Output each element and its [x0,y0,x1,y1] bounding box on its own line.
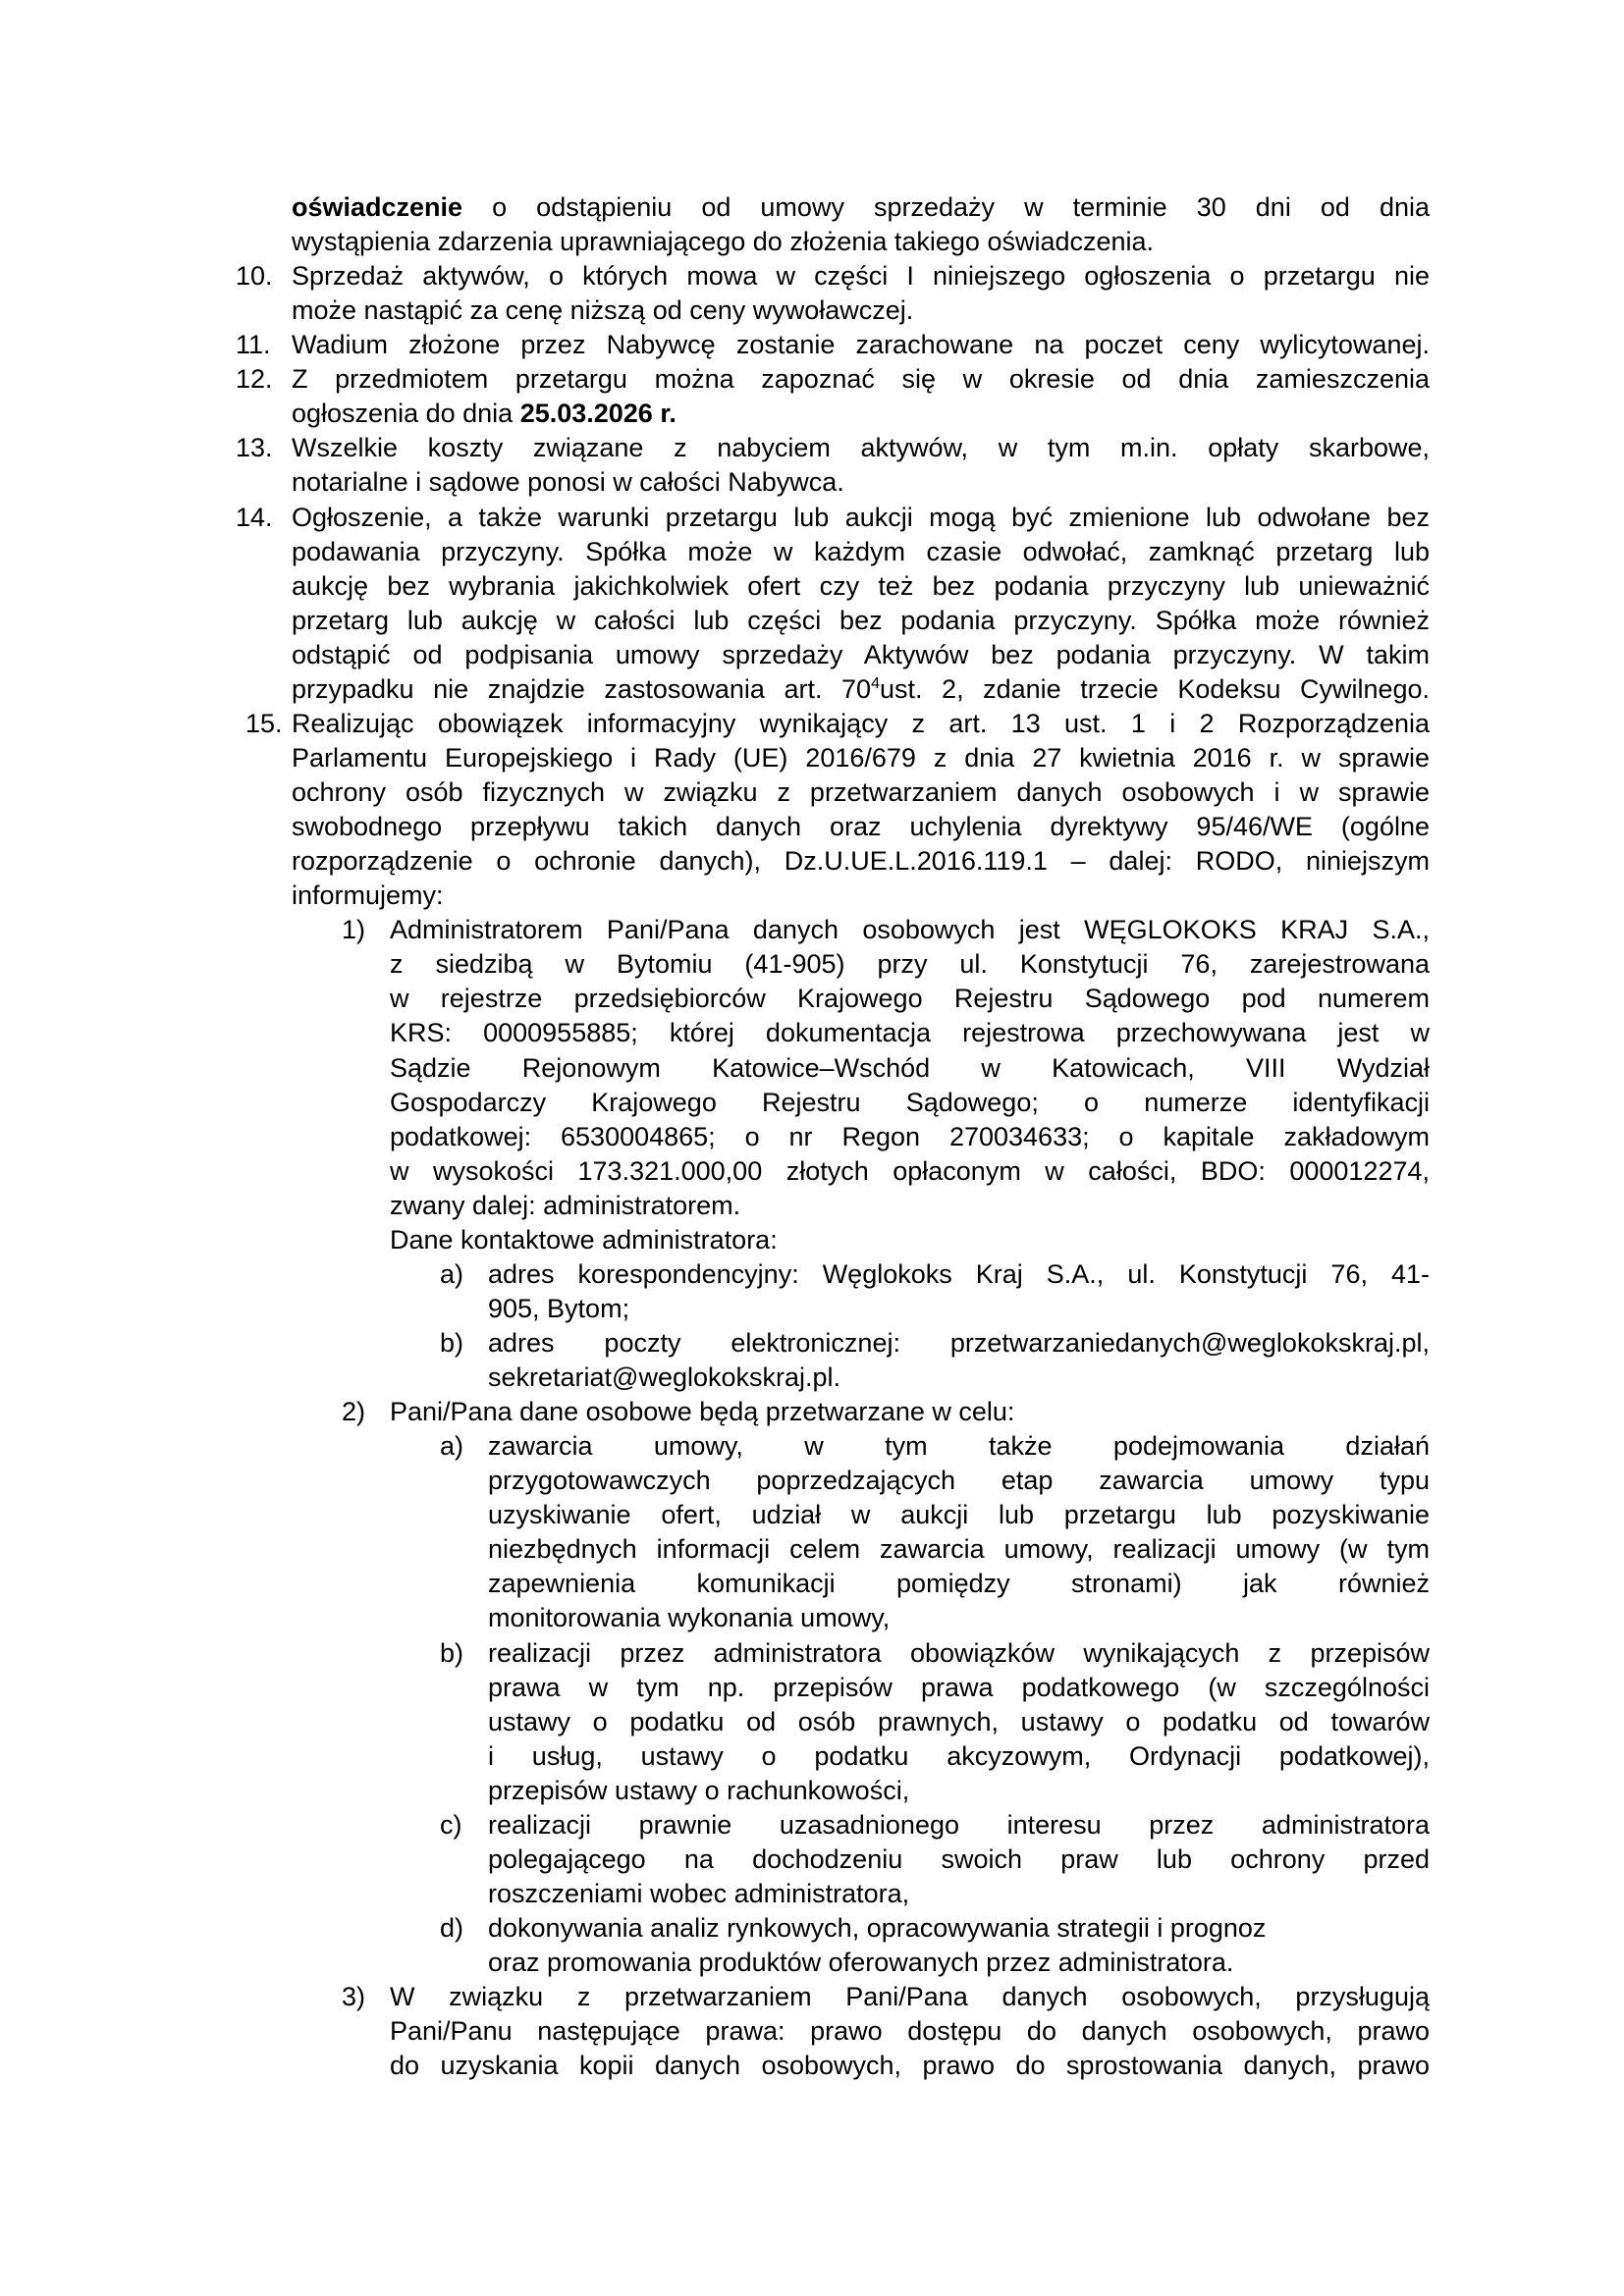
text-segment: polegającego na dochodzeniu swoich praw … [488,1844,1430,1874]
text-line: wystąpienia zdarzenia uprawniającego do … [292,225,1154,259]
text-line: Ogłoszenie, a także warunki przetargu lu… [292,501,1430,535]
text-segment: zapewnienia komunikacji pomiędzy stronam… [488,1569,1430,1598]
text-segment: przepisów ustawy o rachunkowości, [488,1776,909,1805]
text-line: adres poczty elektronicznej: przetwarzan… [488,1326,1430,1361]
bold-text: oświadczenie [292,192,462,222]
text-segment: niezbędnych informacji celem zawarcia um… [488,1534,1430,1564]
text-segment: sekretariat@weglokokskraj.pl. [488,1362,840,1392]
text-segment: przygotowawczych poprzedzających etap za… [488,1466,1430,1495]
text-line: 905, Bytom; [488,1292,629,1326]
text-segment: i usług, ustawy o podatku akcyzowym, Ord… [488,1741,1430,1771]
text-line: ustawy o podatku od osób prawnych, ustaw… [488,1705,1430,1739]
text-segment: w rejestrze przedsiębiorców Krajowego Re… [390,984,1430,1013]
list-marker: 15. [245,707,283,741]
text-segment: Pani/Panu następujące prawa: prawo dostę… [390,2016,1430,2046]
text-line: informujemy: [292,879,444,913]
list-marker: d) [440,1911,463,1946]
text-segment: realizacji prawnie uzasadnionego interes… [488,1810,1430,1840]
list-marker: a) [440,1429,463,1464]
text-line: Wszelkie koszty związane z nabyciem akty… [292,431,1430,465]
list-marker: 1) [342,913,365,947]
text-line: Sądzie Rejonowym Katowice–Wschód w Katow… [390,1051,1430,1086]
text-line: uzyskiwanie ofert, udział w aukcji lub p… [488,1498,1430,1532]
text-line: Dane kontaktowe administratora: [390,1223,778,1257]
text-segment: Administratorem Pani/Pana danych osobowy… [390,915,1430,944]
text-line: w wysokości 173.321.000,00 złotych opłac… [390,1154,1430,1189]
text-line: W związku z przetwarzaniem Pani/Pana dan… [390,1980,1430,2014]
text-segment: 905, Bytom; [488,1294,629,1323]
text-line: roszczeniami wobec administratora, [488,1877,909,1911]
list-marker: 14. [236,501,273,535]
text-line: Wadium złożone przez Nabywcę zostanie za… [292,328,1430,362]
text-line: w rejestrze przedsiębiorców Krajowego Re… [390,982,1430,1016]
text-line: przygotowawczych poprzedzających etap za… [488,1464,1430,1498]
list-marker: b) [440,1326,463,1361]
list-marker: 3) [342,1980,365,2014]
text-line: Pani/Pana dane osobowe będą przetwarzane… [390,1395,1014,1429]
text-line: niezbędnych informacji celem zawarcia um… [488,1532,1430,1567]
text-line: realizacji przez administratora obowiązk… [488,1636,1430,1671]
text-line: Pani/Panu następujące prawa: prawo dostę… [390,2014,1430,2049]
text-segment: Pani/Pana dane osobowe będą przetwarzane… [390,1397,1014,1426]
text-segment: Dane kontaktowe administratora: [390,1225,778,1255]
text-line: Administratorem Pani/Pana danych osobowy… [390,913,1430,947]
superscript: 4 [871,675,880,692]
text-segment: Gospodarczy Krajowego Rejestru Sądowego;… [390,1088,1430,1117]
text-segment: Sądzie Rejonowym Katowice–Wschód w Katow… [390,1053,1430,1083]
text-line: z siedzibą w Bytomiu (41-905) przy ul. K… [390,947,1430,982]
text-line: realizacji prawnie uzasadnionego interes… [488,1808,1430,1842]
text-segment: Realizując obowiązek informacyjny wynika… [292,709,1430,738]
text-segment: swobodnego przepływu takich danych oraz … [292,812,1430,841]
text-segment: Wadium złożone przez Nabywcę zostanie za… [292,330,1430,359]
text-line: podatkowej: 6530004865; o nr Regon 27003… [390,1120,1430,1154]
text-line: do uzyskania kopii danych osobowych, pra… [390,2049,1430,2083]
text-line: odstąpić od podpisania umowy sprzedaży A… [292,638,1430,672]
text-line: i usług, ustawy o podatku akcyzowym, Ord… [488,1739,1430,1774]
list-marker: b) [440,1636,463,1671]
list-marker: 11. [236,328,271,362]
text-segment: z siedzibą w Bytomiu (41-905) przy ul. K… [390,949,1430,979]
text-line: Realizując obowiązek informacyjny wynika… [292,707,1430,741]
text-line: adres korespondencyjny: Węglokoks Kraj S… [488,1257,1430,1292]
text-line: dokonywania analiz rynkowych, opracowywa… [488,1911,1266,1946]
text-segment: zwany dalej: administratorem. [390,1191,740,1220]
list-marker: a) [440,1257,463,1292]
text-segment: podatkowej: 6530004865; o nr Regon 27003… [390,1122,1430,1151]
text-line: notarialne i sądowe ponosi w całości Nab… [292,465,844,500]
text-segment: adres korespondencyjny: Węglokoks Kraj S… [488,1259,1430,1289]
text-segment: ustawy o podatku od osób prawnych, ustaw… [488,1707,1430,1736]
text-line: oraz promowania produktów oferowanych pr… [488,1946,1233,1980]
text-segment: ochrony osób fizycznych w związku z prze… [292,777,1430,807]
text-segment: wystąpienia zdarzenia uprawniającego do … [292,227,1154,256]
text-line: oświadczenie o odstąpieniu od umowy sprz… [292,190,1430,225]
text-segment: podawania przyczyny. Spółka może w każdy… [292,537,1430,566]
text-line: ochrony osób fizycznych w związku z prze… [292,775,1430,810]
text-segment: może nastąpić za cenę niższą od ceny wyw… [292,295,913,325]
text-line: Z przedmiotem przetargu można zapoznać s… [292,362,1430,397]
text-line: zwany dalej: administratorem. [390,1189,740,1223]
list-marker: 13. [236,431,273,465]
text-segment: Parlamentu Europejskiego i Rady (UE) 201… [292,743,1430,773]
text-segment: W związku z przetwarzaniem Pani/Pana dan… [390,1982,1430,2011]
text-line: sekretariat@weglokokskraj.pl. [488,1361,840,1395]
text-segment: Wszelkie koszty związane z nabyciem akty… [292,433,1430,462]
text-line: Gospodarczy Krajowego Rejestru Sądowego;… [390,1086,1430,1120]
text-line: monitorowania wykonania umowy, [488,1601,890,1635]
text-line: KRS: 0000955885; której dokumentacja rej… [390,1016,1430,1050]
text-segment: odstąpić od podpisania umowy sprzedaży A… [292,640,1430,669]
text-segment: realizacji przez administratora obowiązk… [488,1638,1430,1668]
text-line: prawa w tym np. przepisów prawa podatkow… [488,1671,1430,1705]
text-line: podawania przyczyny. Spółka może w każdy… [292,535,1430,569]
text-line: zawarcia umowy, w tym także podejmowania… [488,1429,1430,1464]
text-segment: roszczeniami wobec administratora, [488,1879,909,1908]
text-segment: ust. 2, zdanie trzecie Kodeksu Cywilnego… [880,674,1430,704]
text-line: polegającego na dochodzeniu swoich praw … [488,1842,1430,1877]
text-line: swobodnego przepływu takich danych oraz … [292,810,1430,844]
text-segment: KRS: 0000955885; której dokumentacja rej… [390,1018,1430,1047]
text-segment: ogłoszenia do dnia [292,399,520,428]
text-line: rozporządzenie o ochronie danych), Dz.U.… [292,844,1430,879]
text-segment: w wysokości 173.321.000,00 złotych opłac… [390,1156,1430,1186]
text-segment: zawarcia umowy, w tym także podejmowania… [488,1431,1430,1461]
text-line: ogłoszenia do dnia 25.03.2026 r. [292,397,677,431]
text-segment: uzyskiwanie ofert, udział w aukcji lub p… [488,1500,1430,1529]
text-segment: do uzyskania kopii danych osobowych, pra… [390,2051,1430,2080]
list-marker: 12. [236,362,273,397]
text-segment: prawa w tym np. przepisów prawa podatkow… [488,1673,1430,1702]
text-segment: aukcję bez wybrania jakichkolwiek ofert … [292,571,1430,601]
document-page: oświadczenie o odstąpieniu od umowy sprz… [0,0,1624,2296]
bold-text: 25.03.2026 r. [520,399,677,428]
list-marker: c) [440,1808,462,1842]
text-line: zapewnienia komunikacji pomiędzy stronam… [488,1567,1430,1601]
text-line: przypadku nie znajdzie zastosowania art.… [292,672,1430,707]
text-segment: dokonywania analiz rynkowych, opracowywa… [488,1913,1266,1943]
text-segment: przypadku nie znajdzie zastosowania art.… [292,674,871,704]
text-segment: Sprzedaż aktywów, o których mowa w częśc… [292,261,1430,291]
list-marker: 10. [236,259,273,294]
text-line: Parlamentu Europejskiego i Rady (UE) 201… [292,741,1430,775]
text-segment: oraz promowania produktów oferowanych pr… [488,1948,1233,1977]
list-marker: 2) [342,1395,365,1429]
text-segment: o odstąpieniu od umowy sprzedaży w termi… [462,192,1430,222]
text-segment: przetarg lub aukcję w całości lub części… [292,606,1430,635]
text-segment: Z przedmiotem przetargu można zapoznać s… [292,364,1430,394]
text-line: przepisów ustawy o rachunkowości, [488,1774,909,1808]
text-segment: informujemy: [292,881,444,910]
text-segment: Ogłoszenie, a także warunki przetargu lu… [292,503,1430,532]
text-segment: monitorowania wykonania umowy, [488,1603,890,1632]
text-segment: adres poczty elektronicznej: przetwarzan… [488,1328,1430,1358]
text-segment: notarialne i sądowe ponosi w całości Nab… [292,467,844,497]
text-line: aukcję bez wybrania jakichkolwiek ofert … [292,569,1430,604]
text-line: przetarg lub aukcję w całości lub części… [292,604,1430,638]
text-line: może nastąpić za cenę niższą od ceny wyw… [292,294,913,328]
text-line: Sprzedaż aktywów, o których mowa w częśc… [292,259,1430,294]
text-segment: rozporządzenie o ochronie danych), Dz.U.… [292,846,1430,876]
